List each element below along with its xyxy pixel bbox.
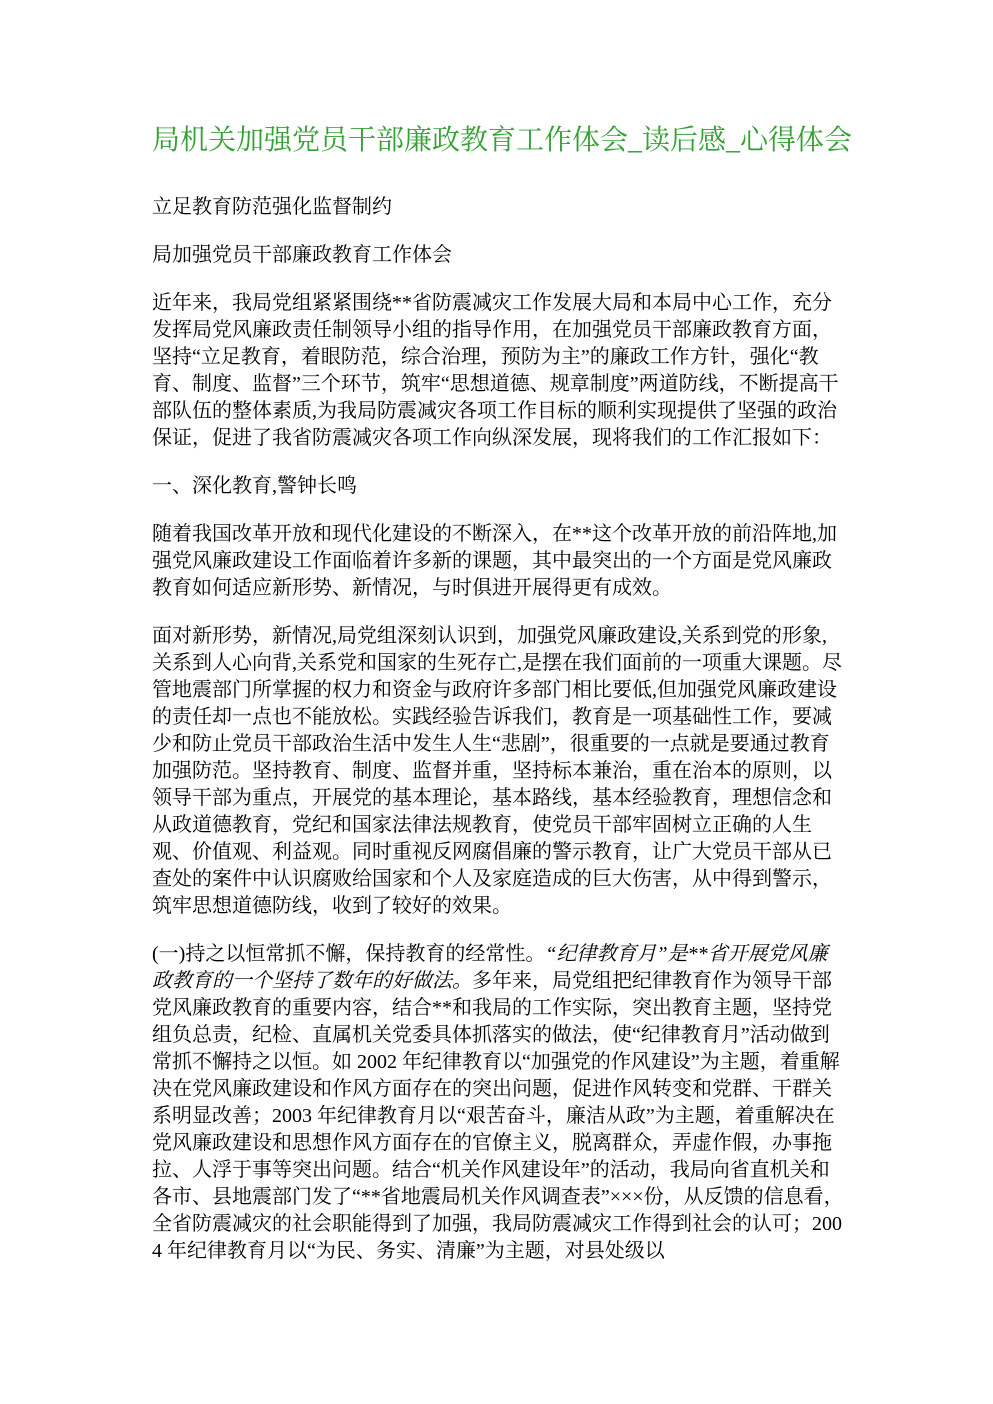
paragraph-education-challenge: 随着我国改革开放和现代化建设的不断深入，在**这个改革开放的前沿阵地,加强党风廉…: [152, 521, 845, 602]
subtitle-line: 局加强党员干部廉政教育工作体会: [152, 242, 845, 269]
document-title: 局机关加强党员干部廉政教育工作体会_读后感_心得体会: [152, 120, 845, 162]
paragraph-discipline-month-rest: 多年来，局党组把纪律教育作为领导干部党风廉政教育的重要内容，结合**和我局的工作…: [152, 970, 844, 1262]
paragraph-discipline-month-lead: (一)持之以恒常抓不懈，保持教育的经常性。: [152, 943, 545, 965]
paragraph-discipline-month: (一)持之以恒常抓不懈，保持教育的经常性。“纪律教育月”是**省开展党风廉政教育…: [152, 941, 845, 1265]
section-heading: 一、深化教育,警钟长鸣: [152, 473, 845, 500]
document-page: 局机关加强党员干部廉政教育工作体会_读后感_心得体会 立足教育防范强化监督制约 …: [0, 0, 993, 1404]
paragraph-intro: 近年来，我局党组紧紧围绕**省防震减灾工作发展大局和本局中心工作，充分发挥局党风…: [152, 290, 845, 452]
paragraph-education-importance: 面对新形势，新情况,局党组深刻认识到，加强党风廉政建设,关系到党的形象,关系到人…: [152, 623, 845, 920]
kicker-line: 立足教育防范强化监督制约: [152, 194, 845, 221]
